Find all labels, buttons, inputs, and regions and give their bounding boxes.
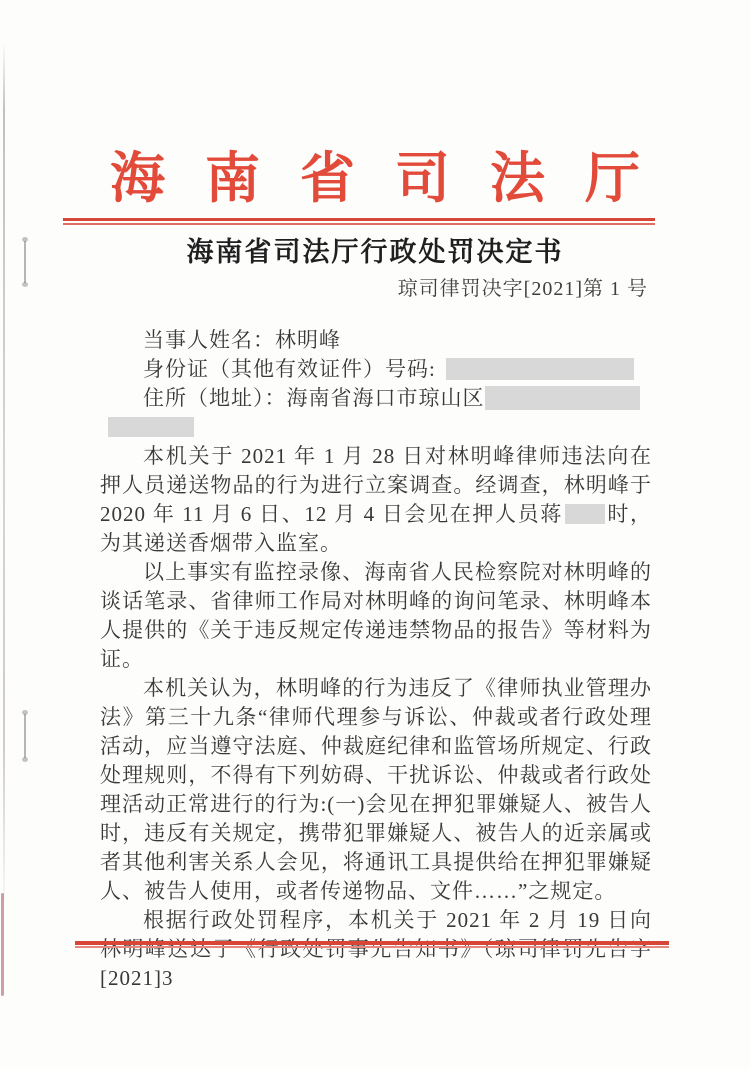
address-label: 住所（地址）：海南省海口市琼山区 [143,386,485,410]
redacted-detainee-given-name [565,504,605,524]
address-continuation-line [100,413,652,442]
staple-mark-lower [24,714,26,758]
redacted-id-number [446,358,634,380]
redacted-address-part2 [108,417,194,437]
agency-letterhead: 海南省司法厅 [0,134,750,213]
scanned-document-page: 海南省司法厅 海南省司法厅行政处罚决定书 琼司律罚决字[2021]第 1 号 当… [0,0,750,1068]
scan-left-edge-red-mark [1,893,4,996]
id-number-line: 身份证（其他有效证件）号码: [100,355,652,384]
document-title: 海南省司法厅行政处罚决定书 [0,230,750,269]
document-number: 琼司律罚决字[2021]第 1 号 [398,272,648,301]
footer-double-rule [75,941,669,948]
paragraph-legal-basis: 本机关认为，林明峰的行为违反了《律师执业管理办法》第三十九条“律师代理参与诉讼、… [100,674,652,906]
party-name-text: 当事人姓名：林明峰 [143,328,341,352]
address-line: 住所（地址）：海南省海口市琼山区 [100,384,652,413]
redacted-address-part1 [485,386,640,410]
paragraph-case-investigation: 本机关于 2021 年 1 月 28 日对林明峰律师违法向在押人员递送物品的行为… [100,442,652,558]
paragraph-procedure-notice: 根据行政处罚程序，本机关于 2021 年 2 月 19 日向林明峰送达了《行政处… [100,906,652,993]
document-body: 当事人姓名：林明峰 身份证（其他有效证件）号码: 住所（地址）：海南省海口市琼山… [100,326,652,993]
party-name-line: 当事人姓名：林明峰 [100,326,652,355]
header-double-rule [63,218,655,225]
id-number-label: 身份证（其他有效证件）号码: [143,357,436,381]
paragraph-evidence: 以上事实有监控录像、海南省人民检察院对林明峰的谈话笔录、省律师工作局对林明峰的询… [100,558,652,674]
